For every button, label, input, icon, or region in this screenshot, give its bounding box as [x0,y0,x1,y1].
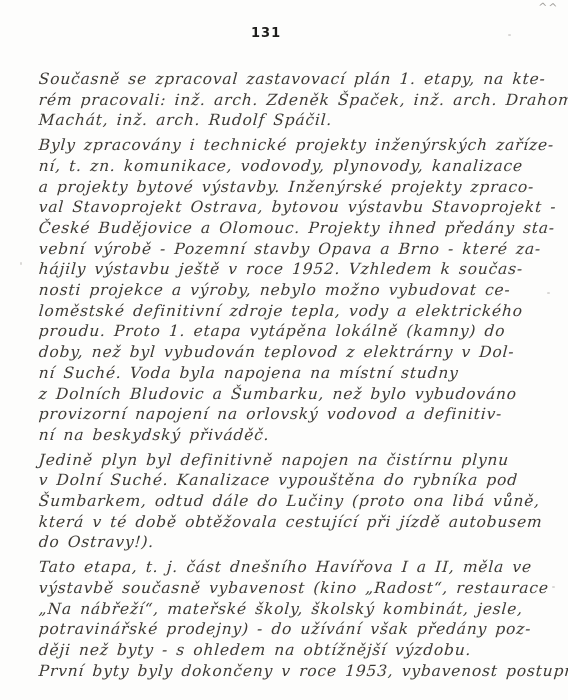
handwritten-line: doby, než byl vybudován teplovod z elekt… [38,342,555,363]
scan-speckle [547,292,550,294]
scan-speckle [44,648,46,650]
handwritten-line: z Dolních Bludovic a Šumbarku, než bylo … [38,384,555,405]
handwritten-line: výstavbě současně vybavenost (kino „Rado… [38,578,555,599]
handwritten-line: rém pracovali: inž. arch. Zdeněk Špaček,… [38,90,555,111]
handwritten-line: vební výrobě - Pozemní stavby Opava a Br… [38,239,555,260]
handwritten-line: ní Suché. Voda byla napojena na místní s… [38,363,555,384]
handwritten-line: Jedině plyn byl definitivně napojen na č… [38,450,555,471]
handwritten-line: ději než byty - s ohledem na obtížnější … [38,640,555,661]
handwritten-line: „Na nábřeží“, mateřské školy, školský ko… [38,599,555,620]
handwritten-line: v Dolní Suché. Kanalizace vypouštěna do … [38,470,555,491]
scanned-page: ^^ 131 Současně se zpracoval zastavovací… [0,0,568,700]
handwritten-paragraph: Tato etapa, t. j. část dnešního Havířova… [38,557,554,681]
handwritten-paragraph: Jedině plyn byl definitivně napojen na č… [38,450,554,554]
handwritten-line: První byty byly dokončeny v roce 1953, v… [38,661,555,682]
handwritten-line: a projekty bytové výstavby. Inženýrské p… [38,177,555,198]
handwritten-line: nosti projekce a výroby, nebylo možno vy… [38,280,555,301]
page-number: 131 [251,26,281,41]
handwritten-line: potravinářské prodejny) - do užívání vša… [38,619,555,640]
handwritten-line: České Budějovice a Olomouc. Projekty ihn… [38,218,555,239]
scan-speckle [508,34,511,36]
handwritten-line: ní, t. zn. komunikace, vodovody, plynovo… [38,156,555,177]
handwritten-line: proudu. Proto 1. etapa vytápěna lokálně … [38,321,555,342]
handwritten-line: Šumbarkem, odtud dále do Lučiny (proto o… [38,491,555,512]
handwritten-line: Současně se zpracoval zastavovací plán 1… [38,69,555,90]
pencil-mark: ^^ [538,0,559,14]
handwritten-line: Tato etapa, t. j. část dnešního Havířova… [38,557,555,578]
handwritten-line: do Ostravy!). [38,532,555,553]
handwritten-line: provizorní napojení na orlovský vodovod … [38,404,555,425]
handwritten-line: hájily výstavbu ještě v roce 1952. Vzhle… [38,259,555,280]
handwritten-line: která v té době obtěžovala cestující při… [38,512,555,533]
handwritten-line: val Stavoprojekt Ostrava, bytovou výstav… [38,197,555,218]
scan-speckle [20,262,22,265]
handwritten-paragraph: Současně se zpracoval zastavovací plán 1… [38,69,554,131]
handwritten-line: ní na beskydský přiváděč. [38,425,555,446]
handwritten-line: Byly zpracovány i technické projekty inž… [38,135,555,156]
handwritten-text: Současně se zpracoval zastavovací plán 1… [38,69,554,681]
scan-speckle [552,586,555,588]
handwritten-line: Machát, inž. arch. Rudolf Spáčil. [38,110,555,131]
handwritten-paragraph: Byly zpracovány i technické projekty inž… [38,135,554,446]
handwritten-line: loměstské definitivní zdroje tepla, vody… [38,301,555,322]
